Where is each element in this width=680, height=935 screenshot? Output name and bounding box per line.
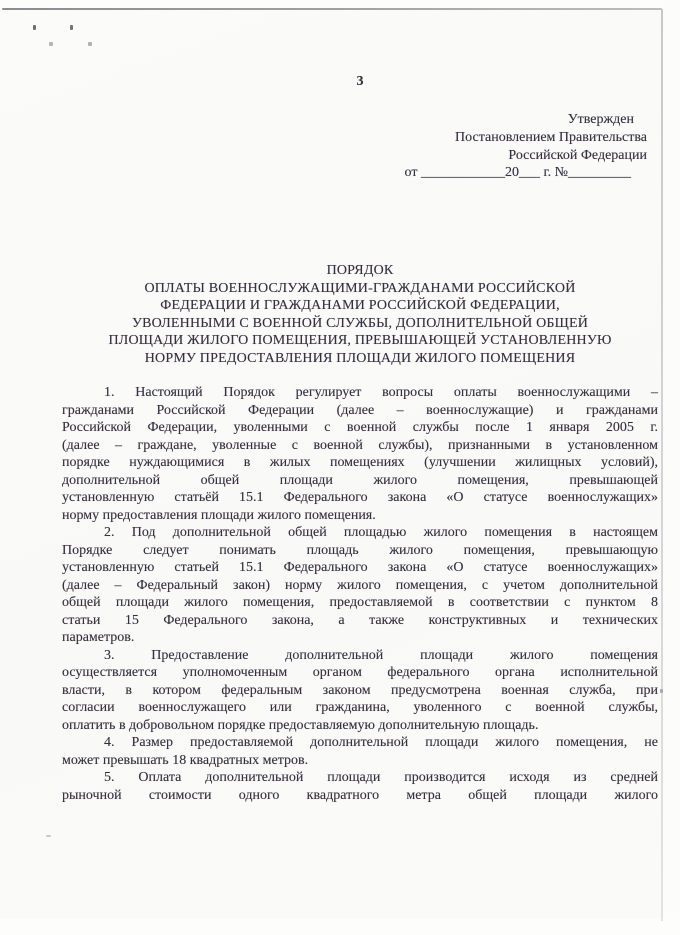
text-line: согласии военнослужащего или гражданина,… [62, 699, 658, 717]
scan-speck [88, 42, 92, 46]
text-line: (далее – граждане, уволенные с военной с… [62, 437, 658, 455]
scan-edge-right [663, 0, 680, 935]
paragraph-3: 3. Предоставление дополнительной площади… [62, 647, 658, 735]
page-number: 3 [62, 73, 658, 91]
paragraph-4: 4. Размер предоставляемой дополнительной… [62, 734, 658, 769]
text-line: власти, в котором федеральным законом пр… [62, 682, 658, 700]
scanned-document-page: 3 Утвержден Постановлением Правительства… [0, 0, 680, 935]
text-line: (далее – Федеральный закон) норму жилого… [62, 577, 658, 595]
text-line: оплатить в добровольном порядке предоста… [62, 717, 658, 735]
text-line: параметров. [62, 629, 658, 647]
approval-line: Постановлением Правительства [327, 129, 647, 147]
text-line: 1. Настоящий Порядок регулирует вопросы … [62, 384, 658, 402]
approval-line: Утвержден [327, 111, 647, 129]
title-line: ФЕДЕРАЦИИ И ГРАЖДАНАМИ РОССИЙСКОЙ ФЕДЕРА… [62, 297, 658, 315]
scan-edge-top [0, 0, 680, 8]
approval-line: Российской Федерации [327, 147, 647, 165]
text-line: установленную статьёй 15.1 Федерального … [62, 489, 658, 507]
text-line: норму предоставления площади жилого поме… [62, 507, 658, 525]
scan-speck [46, 835, 51, 837]
text-line: гражданами Российской Федерации (далее –… [62, 402, 658, 420]
document-body: 1. Настоящий Порядок регулирует вопросы … [62, 384, 658, 804]
text-line: 3. Предоставление дополнительной площади… [62, 647, 658, 665]
title-line: ОПЛАТЫ ВОЕННОСЛУЖАЩИМИ-ГРАЖДАНАМИ РОССИЙ… [62, 280, 658, 298]
text-line: статьи 15 Федерального закона, а также к… [62, 612, 658, 630]
scan-border-top [2, 8, 662, 10]
scan-speck [660, 689, 663, 693]
title-line: ПОРЯДОК [62, 262, 658, 280]
text-line: порядке нуждающимися в жилых помещениях … [62, 454, 658, 472]
text-line: 2. Под дополнительной общей площадью жил… [62, 524, 658, 542]
title-line: ПЛОЩАДИ ЖИЛОГО ПОМЕЩЕНИЯ, ПРЕВЫШАЮЩЕЙ УС… [62, 332, 658, 350]
text-line: рыночной стоимости одного квадратного ме… [62, 787, 658, 805]
text-line: установленную статьей 15.1 Федерального … [62, 559, 658, 577]
scan-border-right [661, 9, 663, 921]
document-title: ПОРЯДОК ОПЛАТЫ ВОЕННОСЛУЖАЩИМИ-ГРАЖДАНАМ… [62, 262, 658, 367]
text-line: Порядке следует понимать площадь жилого … [62, 542, 658, 560]
text-line: общей площади жилого помещения, предоста… [62, 594, 658, 612]
text-line: может превышать 18 квадратных метров. [62, 752, 658, 770]
paragraph-1: 1. Настоящий Порядок регулирует вопросы … [62, 384, 658, 524]
text-line: 5. Оплата дополнительной площади произво… [62, 769, 658, 787]
scan-speck [70, 25, 73, 30]
approval-block: Утвержден Постановлением Правительства Р… [327, 111, 647, 182]
paragraph-2: 2. Под дополнительной общей площадью жил… [62, 524, 658, 647]
scan-edge-bottom [0, 919, 680, 935]
scan-speck [33, 25, 36, 30]
scan-speck [49, 42, 53, 46]
paragraph-5: 5. Оплата дополнительной площади произво… [62, 769, 658, 804]
text-line: Российской Федерации, уволенными с военн… [62, 419, 658, 437]
text-line: осуществляется уполномоченным органом фе… [62, 664, 658, 682]
text-line: дополнительной общей площади жилого поме… [62, 472, 658, 490]
title-line: НОРМУ ПРЕДОСТАВЛЕНИЯ ПЛОЩАДИ ЖИЛОГО ПОМЕ… [62, 350, 658, 368]
text-line: 4. Размер предоставляемой дополнительной… [62, 734, 658, 752]
approval-date-number-line: от ____________20___ г. №_________ [327, 164, 647, 182]
title-line: УВОЛЕННЫМИ С ВОЕННОЙ СЛУЖБЫ, ДОПОЛНИТЕЛЬ… [62, 315, 658, 333]
